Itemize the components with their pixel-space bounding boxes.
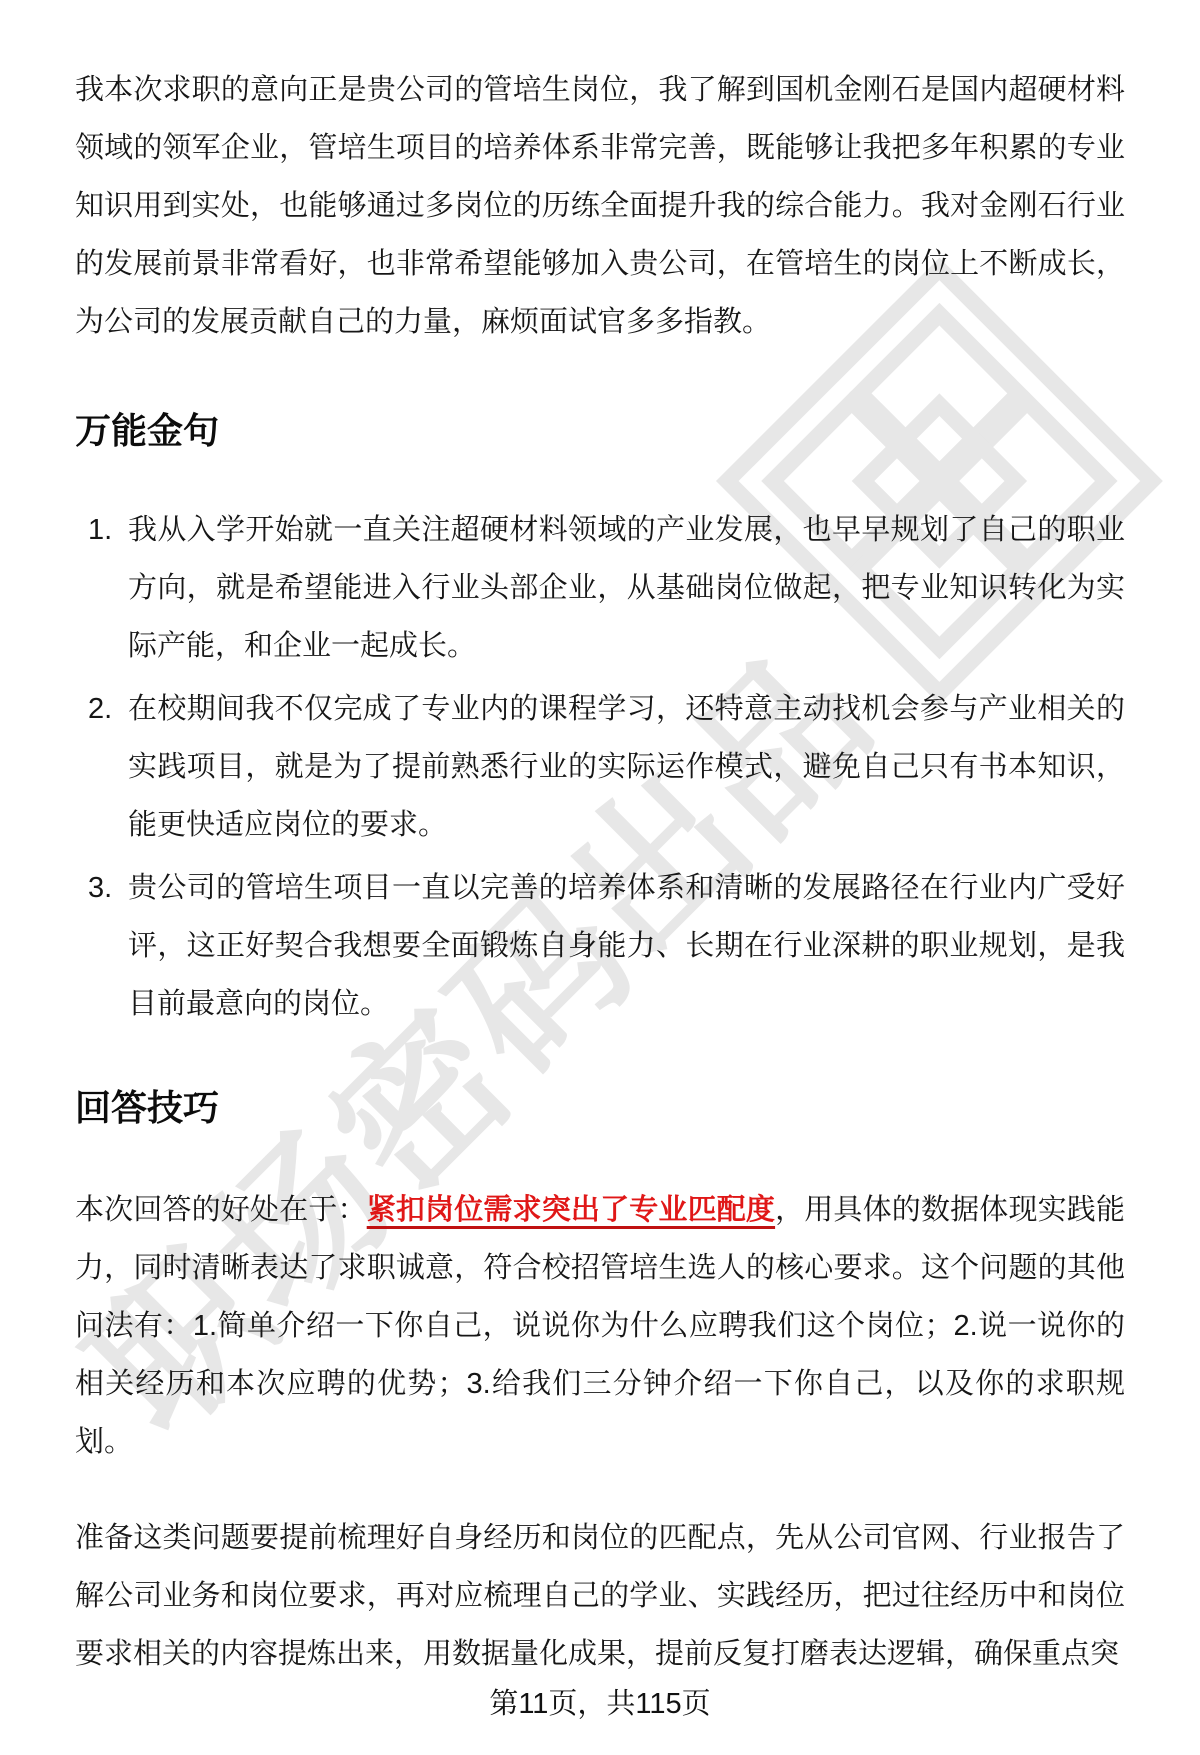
intro-paragraph: 我本次求职的意向正是贵公司的管培生岗位，我了解到国机金刚石是国内超硬材料领域的领… bbox=[75, 61, 1125, 351]
analysis-highlight-text: 紧扣岗位需求突出了专业匹配度 bbox=[367, 1194, 775, 1226]
golden-sentences-list: 1. 我从入学开始就一直关注超硬材料领域的产业发展，也早早规划了自己的职业方向，… bbox=[75, 501, 1125, 1038]
list-item-number: 3. bbox=[75, 859, 128, 1033]
answer-tips-heading: 回答技巧 bbox=[75, 1085, 1125, 1131]
list-item-text: 贵公司的管培生项目一直以完善的培养体系和清晰的发展路径在行业内广受好评，这正好契… bbox=[128, 859, 1125, 1033]
golden-sentences-heading: 万能金句 bbox=[75, 408, 1125, 454]
list-item-number: 1. bbox=[75, 501, 128, 675]
golden-sentence-item: 1. 我从入学开始就一直关注超硬材料领域的产业发展，也早早规划了自己的职业方向，… bbox=[75, 501, 1125, 675]
list-item-number: 2. bbox=[75, 680, 128, 854]
analysis-suffix: ，用具体的数据体现实践能力，同时清晰表达了求职诚意，符合校招管培生选人的核心要求… bbox=[75, 1194, 1125, 1458]
analysis-prefix: 本次回答的好处在于： bbox=[75, 1194, 367, 1226]
document-page: 职场密码出品 我本次求职的意向正是贵公司的管培生岗位，我了解到国机金刚石是国内超… bbox=[0, 0, 1200, 1755]
golden-sentence-item: 3. 贵公司的管培生项目一直以完善的培养体系和清晰的发展路径在行业内广受好评，这… bbox=[75, 859, 1125, 1033]
golden-sentence-item: 2. 在校期间我不仅完成了专业内的课程学习，还特意主动找机会参与产业相关的实践项… bbox=[75, 680, 1125, 854]
page-number-footer: 第11页，共115页 bbox=[0, 1686, 1200, 1722]
list-item-text: 我从入学开始就一直关注超硬材料领域的产业发展，也早早规划了自己的职业方向，就是希… bbox=[128, 501, 1125, 675]
preparation-paragraph: 准备这类问题要提前梳理好自身经历和岗位的匹配点，先从公司官网、行业报告了解公司业… bbox=[75, 1509, 1125, 1683]
list-item-text: 在校期间我不仅完成了专业内的课程学习，还特意主动找机会参与产业相关的实践项目，就… bbox=[128, 680, 1125, 854]
answer-analysis-paragraph: 本次回答的好处在于：紧扣岗位需求突出了专业匹配度，用具体的数据体现实践能力，同时… bbox=[75, 1181, 1125, 1471]
